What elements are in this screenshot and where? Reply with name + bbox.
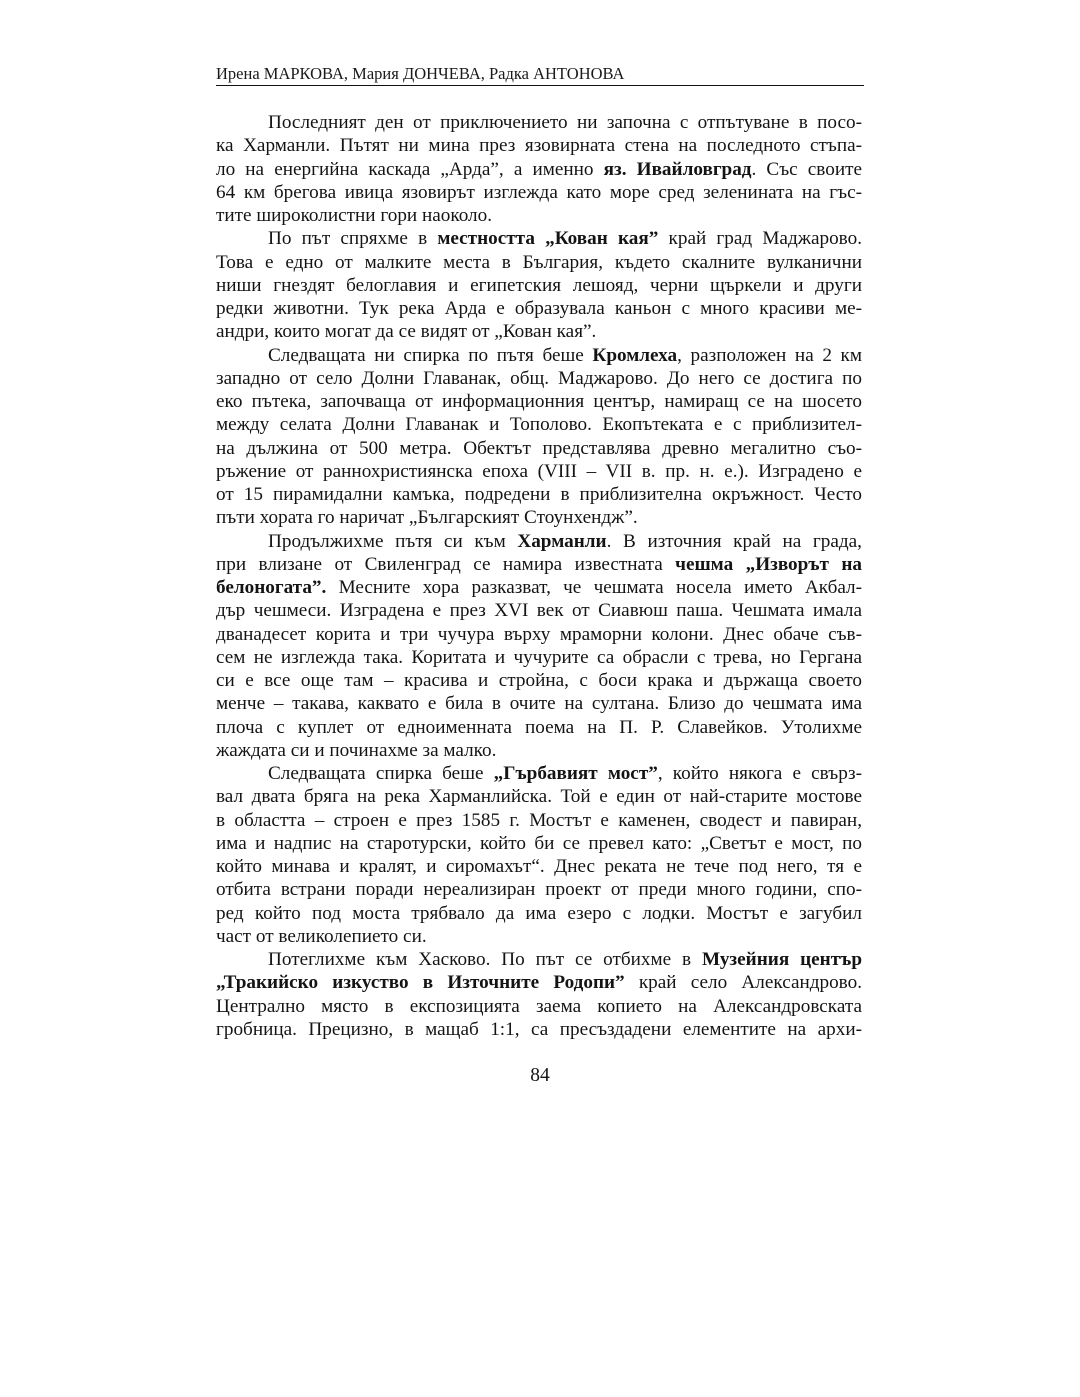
text-run: плоча с куплет от едноименната поема на … — [216, 717, 862, 738]
text-run: дванадесет корита и три чучура върху мра… — [216, 624, 862, 645]
text-line: андри, които могат да се видят от „Кован… — [216, 320, 862, 343]
bold-phrase: местността „Кован кая” — [437, 228, 658, 249]
text-line: „Тракийско изкуство в Източните Родопи” … — [216, 971, 862, 994]
text-line: ниши гнездят белоглавия и египетския леш… — [216, 274, 862, 297]
text-line: отбита встрани поради нереализиран проек… — [216, 878, 862, 901]
text-line: Последният ден от приключението ни започ… — [216, 111, 862, 134]
text-line: 64 км брегова ивица язовирът изглежда ка… — [216, 181, 862, 204]
text-run: Последният ден от приключението ни започ… — [268, 112, 862, 133]
paragraph: По път спряхме в местността „Кован кая” … — [216, 227, 862, 343]
text-run: , който някога е свърз- — [658, 763, 862, 784]
bold-phrase: Харманли — [517, 531, 606, 552]
text-run: вал двата бряга на река Харманлийска. То… — [216, 786, 862, 807]
text-line: Централно място в експозицията заема коп… — [216, 995, 862, 1018]
body-text: Последният ден от приключението ни започ… — [216, 111, 862, 1041]
text-run: Следващата спирка беше — [268, 763, 494, 784]
header-rule — [216, 85, 864, 86]
bold-phrase: „Тракийско изкуство в Източните Родопи” — [216, 972, 625, 993]
text-line: западно от село Долни Главанак, общ. Мад… — [216, 367, 862, 390]
text-run: тите широколистни гори наоколо. — [216, 205, 492, 226]
text-run: част от великолепието си. — [216, 926, 427, 947]
text-run: между селата Долни Главанак и Тополово. … — [216, 414, 862, 435]
text-run: ръжение от раннохристиянска епоха (VIII … — [216, 461, 862, 482]
text-run: ред който под моста трябвало да има езер… — [216, 903, 862, 924]
text-run: еко пътека, започваща от информационния … — [216, 391, 862, 412]
bold-phrase: белоногата”. — [216, 577, 326, 598]
text-line: Продължихме пътя си към Харманли. В изто… — [216, 530, 862, 553]
text-line: част от великолепието си. — [216, 925, 862, 948]
text-line: който минава и кралят, и сиромахът“. Дне… — [216, 855, 862, 878]
text-line: ка Харманли. Пътят ни мина през язовирна… — [216, 134, 862, 157]
text-run: . Със своите — [752, 159, 862, 180]
bold-phrase: Кромлеха — [592, 345, 677, 366]
text-line: дванадесет корита и три чучура върху мра… — [216, 623, 862, 646]
text-line: Следващата спирка беше „Гърбавият мост”,… — [216, 762, 862, 785]
text-line: гробница. Прецизно, в мащаб 1:1, са прес… — [216, 1018, 862, 1041]
text-run: жаждата си и починахме за малко. — [216, 740, 496, 761]
text-run: Централно място в експозицията заема коп… — [216, 996, 862, 1017]
text-line: пъти хората го наричат „Българският Стоу… — [216, 506, 862, 529]
text-run: на дължина от 500 метра. Обектът предста… — [216, 438, 862, 459]
text-line: в областта – строен е през 1585 г. Мостъ… — [216, 809, 862, 832]
bold-phrase: „Гърбавият мост” — [494, 763, 658, 784]
paragraph: Потеглихме към Хасково. По път се отбихм… — [216, 948, 862, 1041]
text-run: 64 км брегова ивица язовирът изглежда ка… — [216, 182, 862, 203]
text-run: има и надпис на старотурски, който би се… — [216, 833, 862, 854]
page-number: 84 — [0, 1065, 1080, 1087]
text-line: жаждата си и починахме за малко. — [216, 739, 862, 762]
paragraph: Следващата ни спирка по пътя беше Кромле… — [216, 344, 862, 530]
text-line: тите широколистни гори наоколо. — [216, 204, 862, 227]
text-run: при влизане от Свиленград се намира изве… — [216, 554, 675, 575]
text-run: редки животни. Тук река Арда е образувал… — [216, 298, 862, 319]
text-run: в областта – строен е през 1585 г. Мостъ… — [216, 810, 862, 831]
text-run: от 15 пирамидални камъка, подредени в пр… — [216, 484, 862, 505]
text-run: Месните хора разказват, че чешмата носел… — [326, 577, 862, 598]
paragraph: Следващата спирка беше „Гърбавият мост”,… — [216, 762, 862, 948]
text-line: при влизане от Свиленград се намира изве… — [216, 553, 862, 576]
text-run: Продължихме пътя си към — [268, 531, 517, 552]
text-run: сем не изглежда така. Коритата и чучурит… — [216, 647, 862, 668]
text-run: край град Маджарово. — [658, 228, 862, 249]
text-line: Това е едно от малките места в България,… — [216, 251, 862, 274]
text-line: ред който под моста трябвало да има езер… — [216, 902, 862, 925]
text-run: ло на енергийна каскада „Арда”, а именно — [216, 159, 604, 180]
text-line: редки животни. Тук река Арда е образувал… — [216, 297, 862, 320]
bold-phrase: яз. Ивайловград — [604, 159, 752, 180]
text-line: белоногата”. Месните хора разказват, че … — [216, 576, 862, 599]
text-line: сем не изглежда така. Коритата и чучурит… — [216, 646, 862, 669]
text-run: отбита встрани поради нереализиран проек… — [216, 879, 862, 900]
text-run: менче – такава, каквато е била в очите н… — [216, 693, 862, 714]
text-line: между селата Долни Главанак и Тополово. … — [216, 413, 862, 436]
bold-phrase: чешма „Изворът на — [675, 554, 862, 575]
text-run: гробница. Прецизно, в мащаб 1:1, са прес… — [216, 1019, 862, 1040]
document-page: Ирена МАРКОВА, Мария ДОНЧЕВА, Радка АНТО… — [0, 0, 1080, 1397]
bold-phrase: Музейния център — [702, 949, 862, 970]
text-run: . В източния край на града, — [607, 531, 862, 552]
paragraph: Продължихме пътя си към Харманли. В изто… — [216, 530, 862, 763]
paragraph: Последният ден от приключението ни започ… — [216, 111, 862, 227]
text-run: западно от село Долни Главанак, общ. Мад… — [216, 368, 862, 389]
text-run: Потеглихме към Хасково. По път се отбихм… — [268, 949, 702, 970]
text-line: си е все още там – красива и стройна, с … — [216, 669, 862, 692]
text-run: край село Александрово. — [625, 972, 862, 993]
text-line: ло на енергийна каскада „Арда”, а именно… — [216, 158, 862, 181]
text-run: По път спряхме в — [268, 228, 437, 249]
text-line: на дължина от 500 метра. Обектът предста… — [216, 437, 862, 460]
text-line: плоча с куплет от едноименната поема на … — [216, 716, 862, 739]
running-header-authors: Ирена МАРКОВА, Мария ДОНЧЕВА, Радка АНТО… — [216, 64, 864, 84]
text-line: Следващата ни спирка по пътя беше Кромле… — [216, 344, 862, 367]
text-run: Това е едно от малките места в България,… — [216, 252, 862, 273]
text-line: еко пътека, започваща от информационния … — [216, 390, 862, 413]
text-run: който минава и кралят, и сиромахът“. Дне… — [216, 856, 862, 877]
text-run: дър чешмеси. Изградена е през XVI век от… — [216, 600, 862, 621]
text-run: ка Харманли. Пътят ни мина през язовирна… — [216, 135, 862, 156]
text-line: има и надпис на старотурски, който би се… — [216, 832, 862, 855]
text-line: ръжение от раннохристиянска епоха (VIII … — [216, 460, 862, 483]
text-line: Потеглихме към Хасково. По път се отбихм… — [216, 948, 862, 971]
text-line: от 15 пирамидални камъка, подредени в пр… — [216, 483, 862, 506]
text-run: Следващата ни спирка по пътя беше — [268, 345, 592, 366]
text-run: си е все още там – красива и стройна, с … — [216, 670, 862, 691]
text-run: , разположен на 2 км — [677, 345, 862, 366]
text-run: ниши гнездят белоглавия и египетския леш… — [216, 275, 862, 296]
text-run: андри, които могат да се видят от „Кован… — [216, 321, 596, 342]
text-line: вал двата бряга на река Харманлийска. То… — [216, 785, 862, 808]
text-line: По път спряхме в местността „Кован кая” … — [216, 227, 862, 250]
text-run: пъти хората го наричат „Българският Стоу… — [216, 507, 638, 528]
text-line: дър чешмеси. Изградена е през XVI век от… — [216, 599, 862, 622]
text-line: менче – такава, каквато е била в очите н… — [216, 692, 862, 715]
